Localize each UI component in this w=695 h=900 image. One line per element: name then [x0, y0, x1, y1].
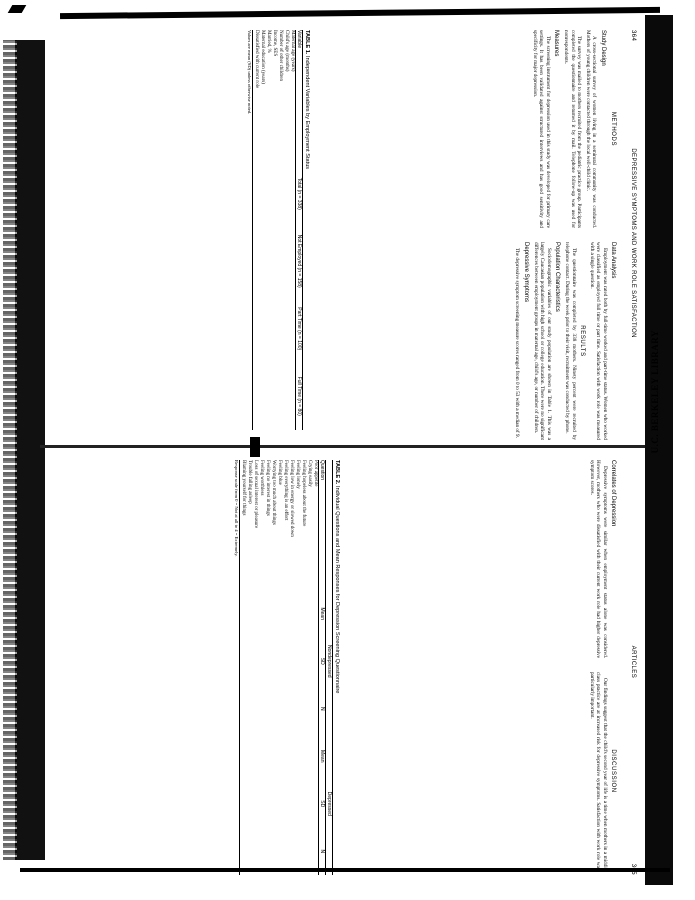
table-cell: [240, 590, 246, 638]
subsection-heading: Population Characteristics: [554, 242, 560, 440]
table-cell: [253, 228, 259, 296]
subsection-heading: Study Design: [599, 30, 605, 228]
methods-heading: METHODS: [610, 30, 616, 228]
table-cell: [289, 228, 295, 296]
column-header: SD: [319, 638, 325, 686]
table-cell: [306, 780, 312, 828]
table-cell: [300, 780, 306, 828]
left-page: 364 DEPRESSIVE SYMPTOMS AND WORK ROLE SA…: [60, 30, 640, 445]
table-cell: [300, 733, 306, 781]
table-row: Blaming yourself for things: [240, 460, 246, 875]
table-cell: [300, 685, 306, 733]
table-cell: [282, 733, 288, 781]
row-label: Child's age (months): [283, 30, 289, 160]
table-cell: [258, 685, 264, 733]
table-row: Maternal education (years): [259, 30, 265, 430]
table-cell: [252, 780, 258, 828]
row-label: Married, %: [265, 30, 271, 160]
column-header: SD: [319, 780, 325, 828]
table-cell: [264, 780, 270, 828]
row-label: Dissatisfied with current role: [253, 30, 259, 160]
table-row: Worrying too much about things: [270, 460, 276, 875]
table-cell: [264, 638, 270, 686]
table-cell: [294, 780, 300, 828]
table-row: Dissatisfied with current role: [253, 30, 259, 430]
table-cell: [246, 733, 252, 781]
table-cell: [282, 780, 288, 828]
table-cell: [253, 160, 259, 228]
column-header: Part Time (n = 100): [296, 295, 302, 363]
table-cell: [240, 780, 246, 828]
table-row: Crying easily: [306, 460, 312, 875]
table-cell: [252, 828, 258, 876]
row-label: Feeling hopeless about the future: [300, 460, 306, 590]
table-cell: [306, 685, 312, 733]
table-cell: [259, 160, 265, 228]
table-body: Poor appetiteCrying easilyFeeling hopele…: [240, 460, 318, 875]
table-cell: [270, 685, 276, 733]
table-cell: [294, 590, 300, 638]
right-running-header: ARTICLES 365: [630, 460, 636, 875]
paragraph: The screening instrument for depression …: [532, 30, 551, 228]
table-cell: [253, 295, 259, 363]
table-cell: [306, 733, 312, 781]
table-cell: [282, 590, 288, 638]
table-cell: [300, 590, 306, 638]
table-footnote: Response scale from 0 = Not at all to 4 …: [233, 460, 240, 875]
table-cell: [252, 685, 258, 733]
table-cell: [264, 733, 270, 781]
table-cell: [246, 780, 252, 828]
discussion-heading: DISCUSSION: [610, 672, 616, 870]
table-cell: [289, 363, 295, 431]
table-cell: [288, 685, 294, 733]
table-cell: [259, 228, 265, 296]
subsection-heading: Data Analysis: [610, 242, 616, 440]
table-cell: [271, 228, 277, 296]
table-cell: [258, 733, 264, 781]
subsection-heading: Correlates of Depression: [610, 460, 616, 658]
table-footnote: Values are mean (SD) unless otherwise no…: [246, 30, 253, 430]
table-cell: [282, 828, 288, 876]
table-cell: [264, 828, 270, 876]
table-cell: [240, 638, 246, 686]
paragraph: A cross-sectional survey of women living…: [585, 30, 598, 228]
library-stamp: U.C. BERKELEY LIBRARY: [650, 330, 660, 453]
table-cell: [289, 295, 295, 363]
table-cell: [265, 160, 271, 228]
table-cell: [271, 295, 277, 363]
table-cell: [276, 638, 282, 686]
row-label: Feeling low in energy or slowed down: [288, 460, 294, 590]
column-header: N: [319, 685, 325, 733]
table-cell: [288, 828, 294, 876]
row-label: Trouble falling asleep: [246, 460, 252, 590]
table-cell: [258, 780, 264, 828]
table-cell: [276, 685, 282, 733]
column-header: Mean: [319, 733, 325, 781]
table-cell: [258, 638, 264, 686]
table-cell: [240, 828, 246, 876]
subsection-heading: Measures: [553, 30, 559, 228]
left-page-number: 364: [630, 30, 636, 41]
paragraph: Employment was rated both by full-time w…: [589, 242, 608, 440]
table-cell: [283, 160, 289, 228]
table-cell: [289, 160, 295, 228]
scan-edge-top: [60, 7, 660, 19]
row-label: Worrying too much about things: [270, 460, 276, 590]
column-header: N: [319, 828, 325, 876]
table-row: Child's age (months): [283, 30, 289, 430]
right-running-title: ARTICLES: [630, 646, 636, 678]
row-label: Number of other children: [277, 30, 283, 160]
table-cell: [288, 780, 294, 828]
table-row: Feeling low in energy or slowed down: [288, 460, 294, 875]
table-cell: [246, 828, 252, 876]
column-header: Not Employed (n = 158): [296, 228, 302, 296]
table-cell: [246, 590, 252, 638]
right-column-2: DISCUSSION Our findings suggest that the…: [586, 672, 620, 870]
table-cell: [264, 590, 270, 638]
table-cell: [253, 363, 259, 431]
table-cell: [283, 295, 289, 363]
table-row: Income, SES: [271, 30, 277, 430]
row-label: Feeling lonely: [294, 460, 300, 590]
table-row: Trouble falling asleep: [246, 460, 252, 875]
table-cell: [312, 590, 318, 638]
table-cell: [277, 363, 283, 431]
table-cell: [246, 685, 252, 733]
table-row: Loss of sexual interest or pleasure: [252, 460, 258, 875]
left-column-1: METHODS Study Design A cross-sectional s…: [529, 30, 620, 228]
table-cell: [270, 638, 276, 686]
paragraph: Our findings suggest that the child's se…: [589, 672, 608, 870]
table-cell: [294, 733, 300, 781]
table-1: TABLE 1. Independent Variables by Employ…: [246, 30, 310, 430]
table-cell: [258, 590, 264, 638]
paragraph: The depressive symptom screening measure…: [514, 242, 520, 440]
row-label: Maternal education (years): [259, 30, 265, 160]
table-cell: [258, 828, 264, 876]
row-label: Feeling worthless: [258, 460, 264, 590]
table-cell: [252, 638, 258, 686]
column-header: Total (n = 338): [296, 160, 302, 228]
table-cell: [277, 160, 283, 228]
paragraph: Depressive symptoms were similar when em…: [589, 460, 608, 658]
table-group-header: Nondepressed Depressed: [325, 460, 332, 875]
table-cell: [252, 590, 258, 638]
table-cell: [265, 295, 271, 363]
table-cell: [252, 733, 258, 781]
results-heading: RESULTS: [579, 242, 585, 440]
row-label: Income, SES: [271, 30, 277, 160]
table-row: Poor appetite: [312, 460, 318, 875]
column-header: Variable: [296, 30, 302, 160]
table-cell: [259, 295, 265, 363]
table-cell: [240, 685, 246, 733]
table-row: Feeling hopeless about the future: [300, 460, 306, 875]
table-caption: TABLE 1. Independent Variables by Employ…: [302, 30, 310, 430]
table-row: Feeling blue: [276, 460, 282, 875]
table-cell: [270, 780, 276, 828]
table-cell: [282, 685, 288, 733]
table-row: Feeling everything is an effort: [282, 460, 288, 875]
table-header: VariableTotal (n = 338)Not Employed (n =…: [295, 30, 302, 430]
right-page-number: 365: [630, 864, 636, 875]
paragraph: The questionnaire was completed by 338 m…: [564, 242, 577, 440]
table-cell: [276, 733, 282, 781]
row-label: Loss of sexual interest or pleasure: [252, 460, 258, 590]
table-cell: [270, 828, 276, 876]
table-cell: [240, 733, 246, 781]
table-cell: [271, 160, 277, 228]
table-cell: [270, 590, 276, 638]
left-running-header: 364 DEPRESSIVE SYMPTOMS AND WORK ROLE SA…: [630, 30, 636, 445]
table-cell: [270, 733, 276, 781]
table-caption: TABLE 2. Individual Questions and Mean R…: [332, 460, 340, 875]
paragraph: Sociodemographic variables of our study …: [533, 242, 552, 440]
left-column-2: Data Analysis Employment was rated both …: [511, 242, 620, 440]
table-cell: [277, 228, 283, 296]
row-label: Feeling everything is an effort: [282, 460, 288, 590]
table-cell: [271, 363, 277, 431]
row-label: Crying easily: [306, 460, 312, 590]
table-2: TABLE 2. Individual Questions and Mean R…: [233, 460, 340, 875]
left-running-title: DEPRESSIVE SYMPTOMS AND WORK ROLE SATISF…: [630, 148, 636, 338]
table-cell: [282, 638, 288, 686]
table-row: Feeling worthless: [258, 460, 264, 875]
table-cell: [300, 828, 306, 876]
table-cell: [306, 590, 312, 638]
table-cell: [312, 733, 318, 781]
table-cell: [294, 828, 300, 876]
table-cell: [277, 295, 283, 363]
table-header: QuestionMeanSDNMeanSDN: [318, 460, 325, 875]
right-column-1: Correlates of Depression Depressive symp…: [586, 460, 620, 658]
paragraph: The survey was mailed to mothers recruit…: [563, 30, 582, 228]
right-page: ARTICLES 365 Correlates of Depression De…: [60, 460, 640, 875]
table-row: Maternal age (years): [289, 30, 295, 430]
table-cell: [283, 228, 289, 296]
rotated-page-spread: U.C. BERKELEY LIBRARY 364 DEPRESSIVE SYM…: [60, 30, 640, 870]
table-cell: [265, 228, 271, 296]
row-label: Feeling no interest in things: [264, 460, 270, 590]
table-cell: [312, 638, 318, 686]
table-row: Feeling no interest in things: [264, 460, 270, 875]
table-cell: [276, 590, 282, 638]
table-cell: [312, 780, 318, 828]
table-cell: [259, 363, 265, 431]
table-cell: [312, 685, 318, 733]
table-cell: [264, 685, 270, 733]
table-cell: [300, 638, 306, 686]
row-label: Blaming yourself for things: [240, 460, 246, 590]
table-cell: [306, 828, 312, 876]
table-body: Maternal age (years)Child's age (months)…: [253, 30, 295, 430]
table-row: Feeling lonely: [294, 460, 300, 875]
row-label: Poor appetite: [312, 460, 318, 590]
table-row: Married, %: [265, 30, 271, 430]
table-cell: [246, 638, 252, 686]
column-header: Mean: [319, 590, 325, 638]
table-cell: [283, 363, 289, 431]
table-cell: [265, 363, 271, 431]
scan-corner-artifact: [8, 5, 27, 13]
column-header: Full Time (n = 80): [296, 363, 302, 431]
subsection-heading: Depressive Symptoms: [522, 242, 528, 440]
row-label: Maternal age (years): [289, 30, 295, 160]
scan-edge-left: [15, 40, 45, 860]
table-cell: [276, 780, 282, 828]
table-cell: [276, 828, 282, 876]
table-cell: [294, 685, 300, 733]
table-cell: [312, 828, 318, 876]
table-cell: [294, 638, 300, 686]
table-cell: [306, 638, 312, 686]
table-cell: [288, 590, 294, 638]
table-cell: [288, 733, 294, 781]
column-header: Question: [319, 460, 325, 590]
table-row: Number of other children: [277, 30, 283, 430]
table-cell: [288, 638, 294, 686]
row-label: Feeling blue: [276, 460, 282, 590]
